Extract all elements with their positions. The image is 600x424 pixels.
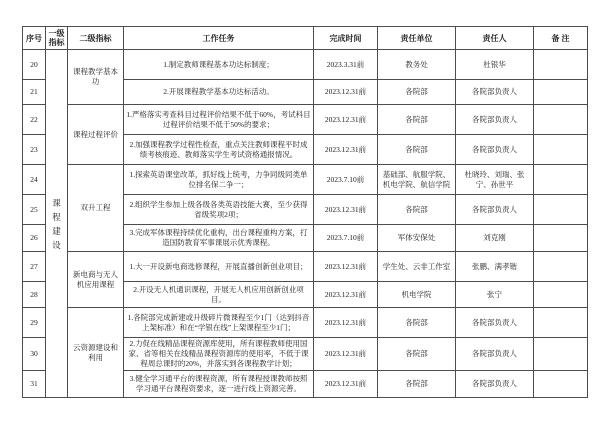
remark-cell [534,225,588,252]
task-cell: 2.开展课程教学基本功达标活动。 [124,80,314,105]
remark-cell [534,252,588,282]
remark-cell [534,308,588,338]
person-cell: 各院部负责人 [456,195,534,225]
document-page: 序号 一级指标 二级指标 工作任务 完成时间 责任单位 责任人 备 注 20 课… [0,0,600,424]
table-row: 27 新电商与无人机应用课程 1.大一开设新电商选修课程，开展直播创新创业项目；… [23,252,588,282]
time-cell: 2023.12.31前 [314,252,378,282]
header-cell-task: 工作任务 [124,27,314,50]
header-cell-time: 完成时间 [314,27,378,50]
level2-indicator-cell: 课程过程评价 [68,105,124,165]
person-cell: 杜银华 [456,50,534,80]
person-cell: 各院部负责人 [456,80,534,105]
time-cell: 2023.12.31前 [314,105,378,135]
person-cell: 张宁 [456,282,534,308]
remark-cell [534,195,588,225]
unit-cell: 各院部 [378,105,456,135]
person-cell: 各院部负责人 [456,371,534,398]
task-cell: 1.探索英语课堂改革，抓好线上统考，力争同级同类单位排名保二争一； [124,165,314,195]
row-number-cell: 22 [23,105,46,135]
header-cell-no: 序号 [23,27,46,50]
remark-cell [534,80,588,105]
time-cell: 2023.7.10前 [314,165,378,195]
unit-cell: 各院部 [378,135,456,165]
row-number-cell: 20 [23,50,46,80]
time-cell: 2023.12.31前 [314,371,378,398]
person-cell: 杜晓玲、刘瑞、张宁、孙世平 [456,165,534,195]
table-row: 29 云资源建设和利用 1.各院部完成新建或升级碎片微课程至少1门（达到抖音上架… [23,308,588,338]
unit-cell: 基础部、航服学院、机电学院、航信学院 [378,165,456,195]
remark-cell [534,105,588,135]
header-cell-remark: 备 注 [534,27,588,50]
level2-indicator-cell: 双升工程 [68,165,124,252]
remark-cell [534,371,588,398]
row-number-cell: 31 [23,371,46,398]
person-cell: 张鹏、满孝锴 [456,252,534,282]
table-row: 20 课程建设 课程教学基本功 1.制定教师课程基本功达标制度； 2023.3.… [23,50,588,80]
unit-cell: 各院部 [378,80,456,105]
remark-cell [534,282,588,308]
row-number-cell: 30 [23,338,46,371]
person-cell: 刘克刚 [456,225,534,252]
remark-cell [534,338,588,371]
level2-indicator-cell: 云资源建设和利用 [68,308,124,398]
row-number-cell: 27 [23,252,46,282]
task-cell: 3.完成军体课程持续优化重构，出台课程重构方案，打造国防教育军事课展示优秀课程。 [124,225,314,252]
unit-cell: 学生处、云非工作室 [378,252,456,282]
task-cell: 2.开设无人机通识课程，开展无人机应用创新创业项目。 [124,282,314,308]
unit-cell: 各院部 [378,195,456,225]
task-cell: 2.加强课程教学过程性检查，重点关注教师课程平时成绩考核痕迹、教师落实学生考试资… [124,135,314,165]
level2-indicator-cell: 新电商与无人机应用课程 [68,252,124,308]
remark-cell [534,135,588,165]
task-cell: 3.健全学习通平台的课程资源，所有课程授课教师按照学习通平台课程资要求，逐一进行… [124,371,314,398]
row-number-cell: 29 [23,308,46,338]
table-row: 24 双升工程 1.探索英语课堂改革，抓好线上统考，力争同级同类单位排名保二争一… [23,165,588,195]
time-cell: 2023.12.31前 [314,338,378,371]
task-cell: 1.制定教师课程基本功达标制度； [124,50,314,80]
time-cell: 2023.12.31前 [314,80,378,105]
header-row: 序号 一级指标 二级指标 工作任务 完成时间 责任单位 责任人 备 注 [23,27,588,50]
unit-cell: 各院部 [378,308,456,338]
unit-cell: 机电学院 [378,282,456,308]
row-number-cell: 28 [23,282,46,308]
time-cell: 2023.7.10前 [314,225,378,252]
table-row: 22 课程过程评价 1.严格落实考查科目过程评价结果不低于60%，考试科目过程评… [23,105,588,135]
level1-indicator-text: 课程建设 [52,196,61,252]
work-task-table: 序号 一级指标 二级指标 工作任务 完成时间 责任单位 责任人 备 注 20 课… [22,26,588,398]
unit-cell: 军体安保处 [378,225,456,252]
row-number-cell: 25 [23,195,46,225]
header-cell-unit: 责任单位 [378,27,456,50]
row-number-cell: 24 [23,165,46,195]
person-cell: 各院部负责人 [456,135,534,165]
task-cell: 1.严格落实考查科目过程评价结果不低于60%，考试科目过程评价结果不低于50%的… [124,105,314,135]
person-cell: 各院部负责人 [456,338,534,371]
time-cell: 2023.12.31前 [314,282,378,308]
task-cell: 1.各院部完成新建或升级碎片微课程至少1门（达到抖音上架标准）和在“学银在线”上… [124,308,314,338]
row-number-cell: 26 [23,225,46,252]
time-cell: 2023.12.31前 [314,308,378,338]
level2-indicator-cell: 课程教学基本功 [68,50,124,105]
time-cell: 2023.12.31前 [314,195,378,225]
header-cell-level2: 二级指标 [68,27,124,50]
row-number-cell: 23 [23,135,46,165]
level1-indicator-cell: 课程建设 [46,50,68,398]
task-cell: 1.大一开设新电商选修课程，开展直播创新创业项目； [124,252,314,282]
time-cell: 2023.12.31前 [314,135,378,165]
unit-cell: 各院部 [378,371,456,398]
row-number-cell: 21 [23,80,46,105]
unit-cell: 教务处 [378,50,456,80]
header-cell-person: 责任人 [456,27,534,50]
person-cell: 各院部负责人 [456,308,534,338]
remark-cell [534,50,588,80]
time-cell: 2023.3.31前 [314,50,378,80]
task-cell: 2.组织学生参加上级各级各类英语技能大赛，至少获得省级奖项2项； [124,195,314,225]
remark-cell [534,165,588,195]
unit-cell: 各院部 [378,338,456,371]
person-cell: 各院部负责人 [456,105,534,135]
task-cell: 2.力促在线精品课程资源库使用，所有课程教师使用国家、省等相关在线精品课程资源库… [124,338,314,371]
header-cell-level1: 一级指标 [46,27,68,50]
